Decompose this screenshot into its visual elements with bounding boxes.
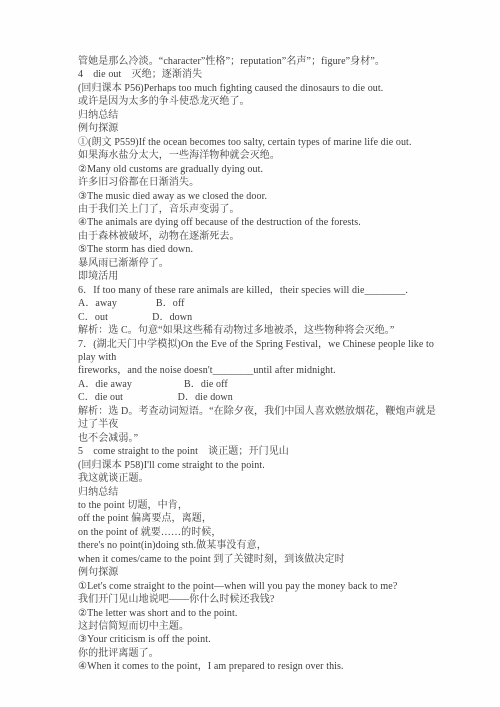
text-line: 由于森林被破坏，动物在逐渐死去。 xyxy=(78,230,436,243)
text-line: 例句探源 xyxy=(78,566,436,579)
text-line: 5 come straight to the point 谈正题；开门见山 xyxy=(78,445,436,458)
text-line: 许多旧习俗都在日渐消失。 xyxy=(78,176,436,189)
text-line: ②The letter was short and to the point. xyxy=(78,607,436,620)
text-line: on the point of 就要……的时候， xyxy=(78,526,436,539)
text-line: 6．If too many of these rare animals are … xyxy=(78,284,436,297)
text-line: to the point 切题，中肯， xyxy=(78,499,436,512)
text-line: C．die out D．die down xyxy=(78,391,436,404)
text-line: ①(朗文 P559)If the ocean becomes too salty… xyxy=(78,136,436,149)
text-line: fireworks，and the noise doesn't________u… xyxy=(78,364,436,377)
text-line: 例句探源 xyxy=(78,122,436,135)
text-line: 由于我们关上门了，音乐声变弱了。 xyxy=(78,203,436,216)
text-line: ③Your criticism is off the point. xyxy=(78,633,436,646)
text-line: 解析：选 C。句意“如果这些稀有动物过多地被杀，这些物种将会灭绝。” xyxy=(78,324,436,337)
text-line: 如果海水盐分太大，一些海洋物种就会灭绝。 xyxy=(78,149,436,162)
text-line: 归纳总结 xyxy=(78,486,436,499)
document-page: 管她是那么冷淡。“character”性格”；reputation”名声”；fi… xyxy=(0,0,500,707)
text-line: 解析：选 D。考查动词短语。“在除夕夜，我们中国人喜欢燃放烟花，鞭炮声就是过了半… xyxy=(78,405,436,432)
text-line: ①Let's come straight to the point—when w… xyxy=(78,580,436,593)
text-line: 归纳总结 xyxy=(78,109,436,122)
text-line: ③The music died away as we closed the do… xyxy=(78,190,436,203)
text-line: 你的批评离题了。 xyxy=(78,647,436,660)
text-line: A．die away B．die off xyxy=(78,378,436,391)
text-line: when it comes/came to the point 到了关键时刻，到… xyxy=(78,553,436,566)
text-line: 4 die out 灭绝；逐渐消失 xyxy=(78,68,436,81)
text-line: ④The animals are dying off because of th… xyxy=(78,216,436,229)
text-line: 7．(湖北天门中学模拟)On the Eve of the Spring Fes… xyxy=(78,338,436,365)
text-line: ⑤The storm has died down. xyxy=(78,243,436,256)
text-line: there's no point(in)doing sth.做某事没有意， xyxy=(78,539,436,552)
text-line: 这封信简短而切中主题。 xyxy=(78,620,436,633)
text-line: ②Many old customs are gradually dying ou… xyxy=(78,163,436,176)
text-line: 暴风雨已渐渐停了。 xyxy=(78,257,436,270)
document-body: 管她是那么冷淡。“character”性格”；reputation”名声”；fi… xyxy=(78,55,436,674)
text-line: (回归课本 P58)I'll come straight to the poin… xyxy=(78,459,436,472)
text-line: A．away B．off xyxy=(78,297,436,310)
text-line: off the point 偏离要点，离题， xyxy=(78,512,436,525)
text-line: C．out D．down xyxy=(78,311,436,324)
text-line: 我们开门见山地说吧——你什么时候还我钱? xyxy=(78,593,436,606)
text-line: 或许是因为太多的争斗使恐龙灭绝了。 xyxy=(78,95,436,108)
text-line: 我这就谈正题。 xyxy=(78,472,436,485)
text-line: 即境活用 xyxy=(78,270,436,283)
text-line: ④When it comes to the point，I am prepare… xyxy=(78,660,436,673)
text-line: 也不会减弱。” xyxy=(78,432,436,445)
text-line: 管她是那么冷淡。“character”性格”；reputation”名声”；fi… xyxy=(78,55,436,68)
text-line: (回归课本 P56)Perhaps too much fighting caus… xyxy=(78,82,436,95)
